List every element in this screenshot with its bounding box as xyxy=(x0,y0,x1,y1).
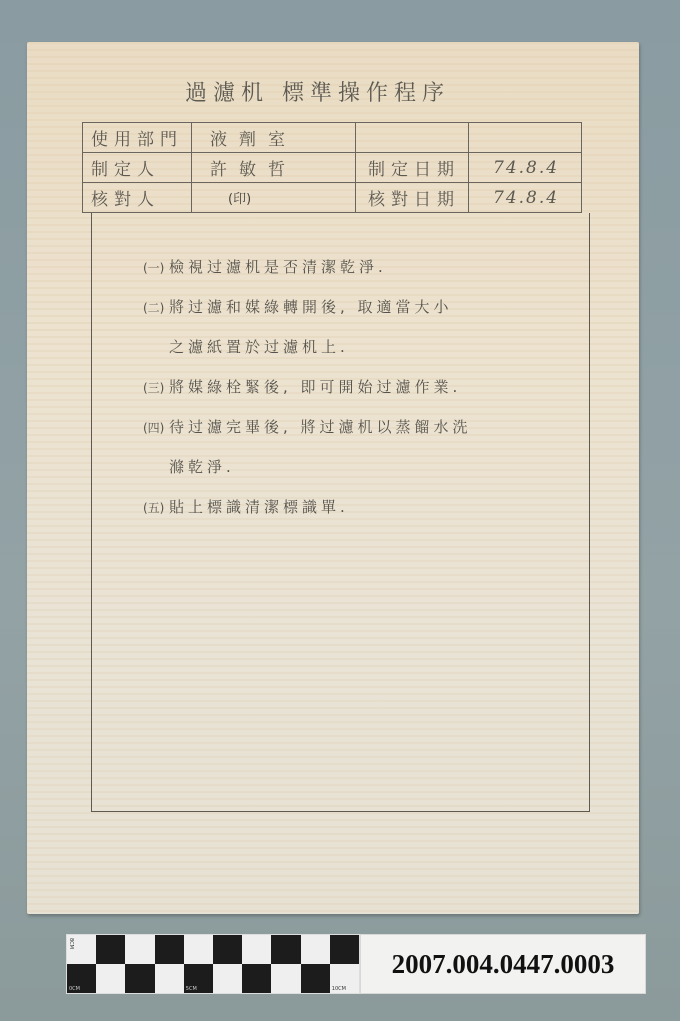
step-number: (四) xyxy=(143,416,169,440)
scale-cell xyxy=(213,964,242,993)
created-date-label: 制定日期 xyxy=(356,153,469,183)
table-row: 使用部門 液劑室 xyxy=(83,123,582,153)
reviewer-label: 核對人 xyxy=(83,183,192,213)
scale-cell xyxy=(330,935,359,964)
scale-cell xyxy=(155,935,184,964)
scale-cell: 5CM xyxy=(184,964,213,993)
scale-cell xyxy=(184,935,213,964)
seal-stamp: (印) xyxy=(210,188,251,207)
scale-label-0: 0CM xyxy=(69,986,80,992)
scale-bar: 8CM 0CM 5CM 10CM xyxy=(66,934,360,994)
accession-number-label: 2007.004.0447.0003 xyxy=(360,934,646,994)
scale-side-label: 8CM xyxy=(68,938,74,949)
department-label: 使用部門 xyxy=(83,123,192,153)
scale-cell xyxy=(242,935,271,964)
reviewed-date-label: 核對日期 xyxy=(356,183,469,213)
scale-cell xyxy=(271,935,300,964)
step-text: 貼上標識清潔標識單. xyxy=(169,498,349,516)
step-number: (三) xyxy=(143,376,169,400)
step-text: 之濾紙置於过濾机上. xyxy=(169,338,349,356)
scale-cell xyxy=(271,964,300,993)
empty-label-cell xyxy=(356,123,469,153)
step-text: 將过濾和媒綠轉開後, 取適當大小 xyxy=(169,298,453,316)
scale-cell: 0CM xyxy=(67,964,96,993)
reviewed-date-value: 74.8.4 xyxy=(469,183,582,213)
step-text: 將媒綠栓緊後, 即可開始过濾作業. xyxy=(169,378,461,396)
scale-cell xyxy=(96,964,125,993)
author-label: 制定人 xyxy=(83,153,192,183)
table-row: 制定人 許敏哲 制定日期 74.8.4 xyxy=(83,153,582,183)
empty-value-cell xyxy=(469,123,582,153)
scale-cell xyxy=(301,935,330,964)
scale-cell xyxy=(96,935,125,964)
list-item: 滌乾淨. xyxy=(143,455,563,495)
step-number: (五) xyxy=(143,496,169,520)
scale-cell xyxy=(155,964,184,993)
table-row: 核對人 (印) 核對日期 74.8.4 xyxy=(83,183,582,213)
scale-cell: 8CM xyxy=(67,935,96,964)
step-text: 待过濾完畢後, 將过濾机以蒸餾水洗 xyxy=(169,418,472,436)
meta-table: 使用部門 液劑室 制定人 許敏哲 制定日期 74.8.4 核對人 (印) 核對日… xyxy=(82,122,582,213)
scale-cell xyxy=(213,935,242,964)
procedure-steps: (一)檢視过濾机是否清潔乾淨. (二)將过濾和媒綠轉開後, 取適當大小 之濾紙置… xyxy=(143,255,563,535)
list-item: (一)檢視过濾机是否清潔乾淨. xyxy=(143,255,563,295)
scale-cell xyxy=(242,964,271,993)
list-item: (二)將过濾和媒綠轉開後, 取適當大小 xyxy=(143,295,563,335)
author-value: 許敏哲 xyxy=(192,153,356,183)
step-number: (一) xyxy=(143,256,169,280)
department-value: 液劑室 xyxy=(192,123,356,153)
list-item: (三)將媒綠栓緊後, 即可開始过濾作業. xyxy=(143,375,563,415)
scale-cell xyxy=(125,935,154,964)
scale-label-5: 5CM xyxy=(186,986,197,992)
document-title: 過濾机 標準操作程序 xyxy=(185,76,465,107)
step-text: 滌乾淨. xyxy=(169,458,235,476)
list-item: 之濾紙置於过濾机上. xyxy=(143,335,563,375)
created-date-value: 74.8.4 xyxy=(469,153,582,183)
scale-label-10: 10CM xyxy=(332,986,346,992)
list-item: (五)貼上標識清潔標識單. xyxy=(143,495,563,535)
step-text: 檢視过濾机是否清潔乾淨. xyxy=(169,258,387,276)
reviewer-stamp-cell: (印) xyxy=(192,183,356,213)
step-number: (二) xyxy=(143,296,169,320)
list-item: (四)待过濾完畢後, 將过濾机以蒸餾水洗 xyxy=(143,415,563,455)
scale-cell xyxy=(301,964,330,993)
scale-cell xyxy=(125,964,154,993)
scale-cell: 10CM xyxy=(330,964,359,993)
